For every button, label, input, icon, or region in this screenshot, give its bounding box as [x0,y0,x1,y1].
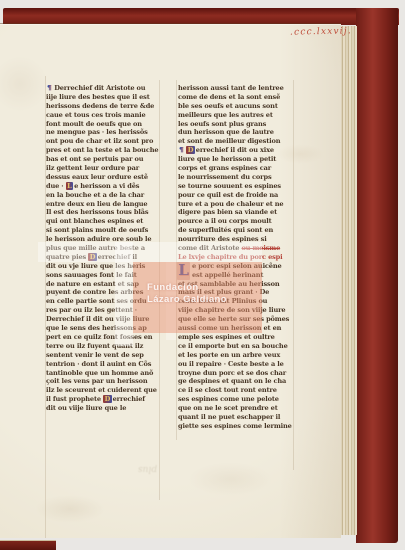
decorated-initial: D [103,395,112,403]
manuscript-text-line: Derrechief il dit ou viije liure [46,315,159,324]
manuscript-text-line: digere pas bien sa viande et [178,208,295,217]
text-column-left: ¶ Derrechief dit Aristote ouiije liure d… [46,84,159,413]
manuscript-text-line: de superfluités qui sont en [178,226,295,235]
manuscript-text-line: ne mengue pas · les herissõs [46,128,159,137]
manuscript-text-line: aussi come un herisson et en [178,324,295,333]
manuscript-text-line: bas et ont se pertuis par ou [46,155,159,164]
manuscript-text-line: dit ou vje liure que les heris [46,262,159,271]
manuscript-text-line: come de dens et la sont ensẽ [178,93,295,102]
manuscript-text-line: qui ont blanches espines et [46,217,159,226]
book-cover-right-edge [356,8,398,543]
decorated-initial: D [88,253,97,261]
manuscript-text-line: giette ses espines come lermine [178,422,295,431]
page-fore-edge-stack [340,26,357,535]
manuscript-text-line: dit ou viije liure que le [46,404,159,413]
manuscript-text-line: le herisson aduire ore soub le [46,235,159,244]
manuscript-text-line: nourriture des espines si [178,235,295,244]
manuscript-text-line: de nature en estant et sap [46,280,159,289]
manuscript-text-line: ce il se clost tout ront entre [178,386,295,395]
manuscript-text-line: due · Le herisson a vi dẽs [46,182,159,191]
text-column-right: herisson aussi tant de lentreecome de de… [178,84,295,431]
ruling-line [176,80,177,440]
manuscript-text-line: herissons dedens de terre &de [46,102,159,111]
manuscript-text-line: tentrion · dont il auint en Cõs [46,360,159,369]
manuscript-text-line: ses espines come une pelote [178,395,295,404]
manuscript-text-line: come dit Aristote ou meisme [178,244,295,253]
ink-show-through: plus [138,464,157,474]
manuscript-text-line: les oeufs sont plus grans [178,120,295,129]
paraph-mark-icon: ¶ [46,84,52,92]
manuscript-text-line: emple ses espines et oultre [178,333,295,342]
manuscript-text-line: en la bouche et a de la char [46,191,159,200]
manuscript-text-line: ge despines et quant on le cha [178,377,295,386]
manuscript-text-line: troyne dun porc et se dos char [178,369,295,378]
manuscript-text-line: ilz le sceurent et cuiderent que [46,386,159,395]
manuscript-text-line: et sont de meilleur digestion [178,137,295,146]
manuscript-text-line: ture et a pou de chaleur et ne [178,200,295,209]
rubric-line: Le lxvje chapitre du porc espi [178,253,295,262]
manuscript-text-line: si sont plains moult de oeufs [46,226,159,235]
manuscript-text-line: liure que le herisson a petit [178,155,295,164]
manuscript-text-line: res par ou ilz les gettent · [46,306,159,315]
manuscript-text-line: quant il ne puet eschapper il [178,413,295,422]
manuscript-text-line: caue et tous ces trois manie [46,111,159,120]
manuscript-text-line: dun herisson que de lautre [178,128,295,137]
manuscript-text-line: est appellé herinant [178,271,295,280]
manuscript-text-line: entre deux en lieu de langue [46,200,159,209]
manuscript-text-line: herisson aussi tant de lentree [178,84,295,93]
manuscript-text-line: meilleurs que les autres et [178,111,295,120]
manuscript-text-line: il fust prophete Derrechief [46,395,159,404]
manuscript-text-line: çoit les vens par un herisson [46,377,159,386]
manuscript-text-line: que elle se herte sur ses põmes [178,315,295,324]
manuscript-text-line: puyent de contre les arbres [46,288,159,297]
manuscript-text-line: sentent venir le vent de sep [46,351,159,360]
manuscript-text-line: et les porte en un arbre veux [178,351,295,360]
manuscript-text-line: iije liure des bestes que il est [46,93,159,102]
manuscript-text-line: ont pou de char et ilz sont pro [46,137,159,146]
book-cover-bottom-edge [0,541,56,550]
manuscript-text-line: que le sens des herissons ap [46,324,159,333]
manuscript-text-line: font moult de oeufs que on [46,120,159,129]
manuscript-text-line: corps et grans espines car [178,164,295,173]
manuscript-text-line: mais il est plus grant · De [178,288,295,297]
ruling-line [159,80,160,500]
manuscript-text-line: pource a il ou corps moult [178,217,295,226]
manuscript-page: .ccc.lxxvij. ¶ Derrechief dit Aristote o… [0,24,341,538]
manuscript-text-line: quatre pies Derrechief il [46,253,159,262]
book-cover-top-edge [3,8,399,25]
manuscript-text-line: ce il emporte but en sa bouche [178,342,295,351]
manuscript-text-line: plus que mille autre beste a [46,244,159,253]
manuscript-text-line: dessus eaux leur ordure estẽ [46,173,159,182]
manuscript-text-line: sons sauuages font le fait [46,271,159,280]
manuscript-text-line: se tourne souuent es espines [178,182,295,191]
manuscript-text-line: Le porc espi selon auicẽne [178,262,295,271]
red-strikethrough-text: ou meisme [241,244,280,252]
manuscript-text-line: le nourrissement du corps [178,173,295,182]
watermark-letter-stem [166,262,176,340]
manuscript-text-line: en celle partie sont ses ordu [46,297,159,306]
manuscript-text-line: ble ses oeufs et aucuns sont [178,102,295,111]
manuscript-text-line: ilz gettent leur ordure par [46,164,159,173]
manuscript-text-line: ¶ Derrechief dit Aristote ou [46,84,159,93]
manuscript-text-line: ceste beste dit Plinius ou [178,297,295,306]
manuscript-text-line: et est samblable au herisson [178,280,295,289]
manuscript-photo: .ccc.lxxvij. ¶ Derrechief dit Aristote o… [0,0,405,550]
decorated-initial: L [66,182,74,190]
manuscript-text-line: que on ne le scet prendre et [178,404,295,413]
manuscript-text-line: pert en ce quilz font fosses en [46,333,159,342]
manuscript-text-line: pour ce quil est de froide na [178,191,295,200]
manuscript-text-line: ¶ Derrechief il dit ou xixe [178,146,295,155]
manuscript-text-line: viije chapitre de son viije liure [178,306,295,315]
manuscript-text-line: terre ou ilz fuyent quant ilz [46,342,159,351]
manuscript-text-line: pres et ont la teste et la bouche [46,146,159,155]
manuscript-text-line: Il est des herissons tous blãs [46,208,159,217]
manuscript-text-line: tantinoble que un homme anõ [46,369,159,378]
manuscript-text-line: ou il repaire · Ceste beste a le [178,360,295,369]
decorated-initial: D [186,146,195,154]
folio-number: .ccc.lxxvij. [290,26,352,37]
paraph-mark-icon: ¶ [178,146,184,154]
